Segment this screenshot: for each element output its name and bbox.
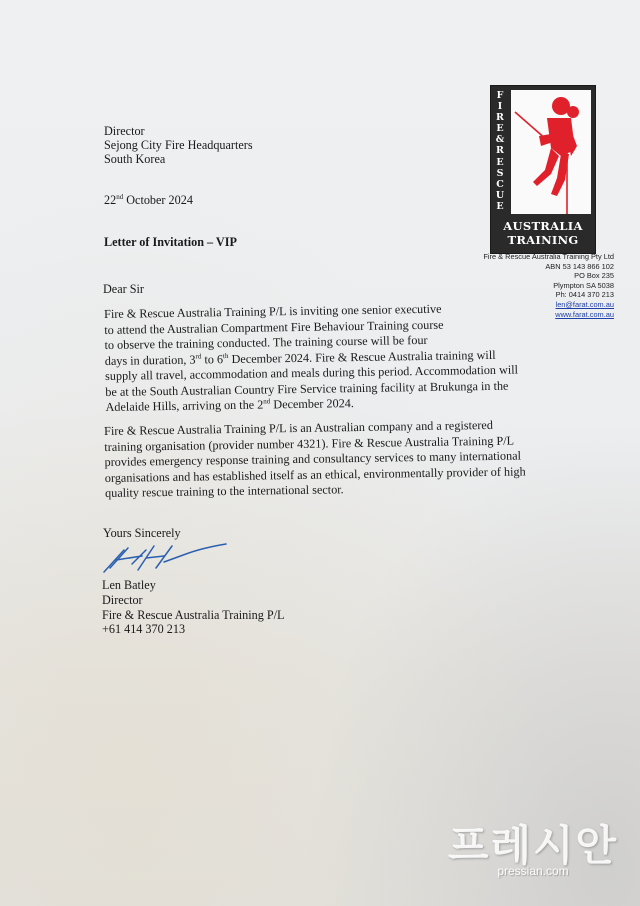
logo-letter: E	[496, 158, 503, 167]
letter-subject: Letter of Invitation – VIP	[104, 235, 237, 249]
company-suburb: Plympton SA 5038	[483, 281, 614, 291]
company-logo: F I R E & R E S C U E AUSTRALIA TRAINING	[490, 85, 596, 254]
signer-title: Director	[102, 593, 284, 608]
recipient-country: South Korea	[104, 152, 253, 166]
recipient-address: Director Sejong City Fire Headquarters S…	[104, 124, 253, 166]
logo-letter: F	[497, 91, 504, 100]
logo-letter: E	[496, 202, 503, 211]
logo-banner: AUSTRALIA TRAINING	[495, 217, 591, 251]
text-run: days in duration, 3	[105, 352, 196, 367]
body-paragraph-2: Fire & Rescue Australia Training P/L is …	[104, 417, 526, 501]
watermark-logo-text: 프레시안	[438, 822, 628, 870]
recipient-organisation: Sejong City Fire Headquarters	[104, 138, 253, 152]
rescuer-figure-icon	[511, 90, 591, 214]
logo-letter: E	[496, 124, 503, 133]
company-po-box: PO Box 235	[483, 271, 614, 281]
signer-block: Len Batley Director Fire & Rescue Austra…	[102, 578, 284, 637]
signer-phone: +61 414 370 213	[102, 622, 284, 637]
logo-vertical-text: F I R E & R E S C U E	[491, 86, 509, 216]
text-run: Adelaide Hills, arriving on the 2	[105, 398, 263, 414]
letter-date: 22nd October 2024	[104, 193, 193, 207]
company-phone: Ph: 0414 370 213	[483, 290, 614, 300]
company-website-link[interactable]: www.farat.com.au	[555, 310, 614, 319]
date-rest: October 2024	[123, 193, 193, 207]
date-day: 22	[104, 193, 116, 207]
text-run: December 2024.	[270, 396, 354, 411]
logo-banner-line2: TRAINING	[495, 233, 591, 247]
pressian-watermark: 프레시안 pressian.com	[438, 822, 628, 892]
company-name: Fire & Rescue Australia Training Pty Ltd	[483, 252, 614, 262]
logo-letter: C	[496, 180, 504, 189]
logo-letter: &	[496, 135, 505, 144]
body-paragraph-1: Fire & Rescue Australia Training P/L is …	[104, 301, 519, 416]
closing: Yours Sincerely	[103, 526, 181, 540]
logo-letter: R	[496, 113, 504, 122]
text-run: to 6	[201, 352, 223, 366]
logo-letter: R	[496, 146, 504, 155]
handwritten-signature	[102, 540, 232, 576]
salutation: Dear Sir	[103, 282, 144, 296]
logo-letter: I	[498, 102, 502, 111]
company-abn: ABN 53 143 866 102	[483, 262, 614, 272]
signer-company: Fire & Rescue Australia Training P/L	[102, 608, 284, 623]
signer-name: Len Batley	[102, 578, 284, 593]
logo-banner-line1: AUSTRALIA	[495, 217, 591, 233]
logo-letter: U	[496, 191, 504, 200]
logo-letter: S	[497, 169, 504, 178]
recipient-title: Director	[104, 124, 253, 138]
company-email-link[interactable]: len@farat.com.au	[556, 300, 614, 309]
